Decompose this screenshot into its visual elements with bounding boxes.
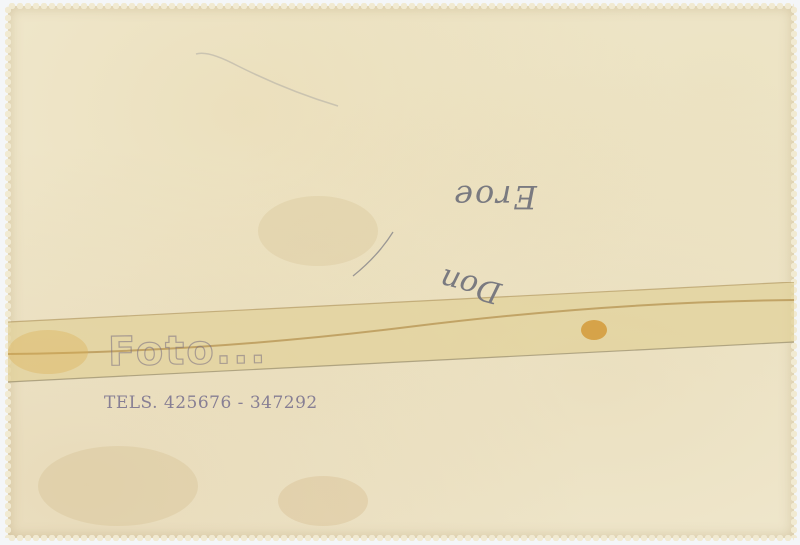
photo-studio-stamp-logo: Foto... — [108, 327, 268, 376]
pencil-stroke — [8, 6, 794, 538]
handwritten-note-line-1: Eroe — [452, 178, 537, 216]
photo-back-card — [8, 6, 794, 538]
photo-studio-phone-numbers: TELS. 425676 - 347292 — [104, 393, 318, 413]
